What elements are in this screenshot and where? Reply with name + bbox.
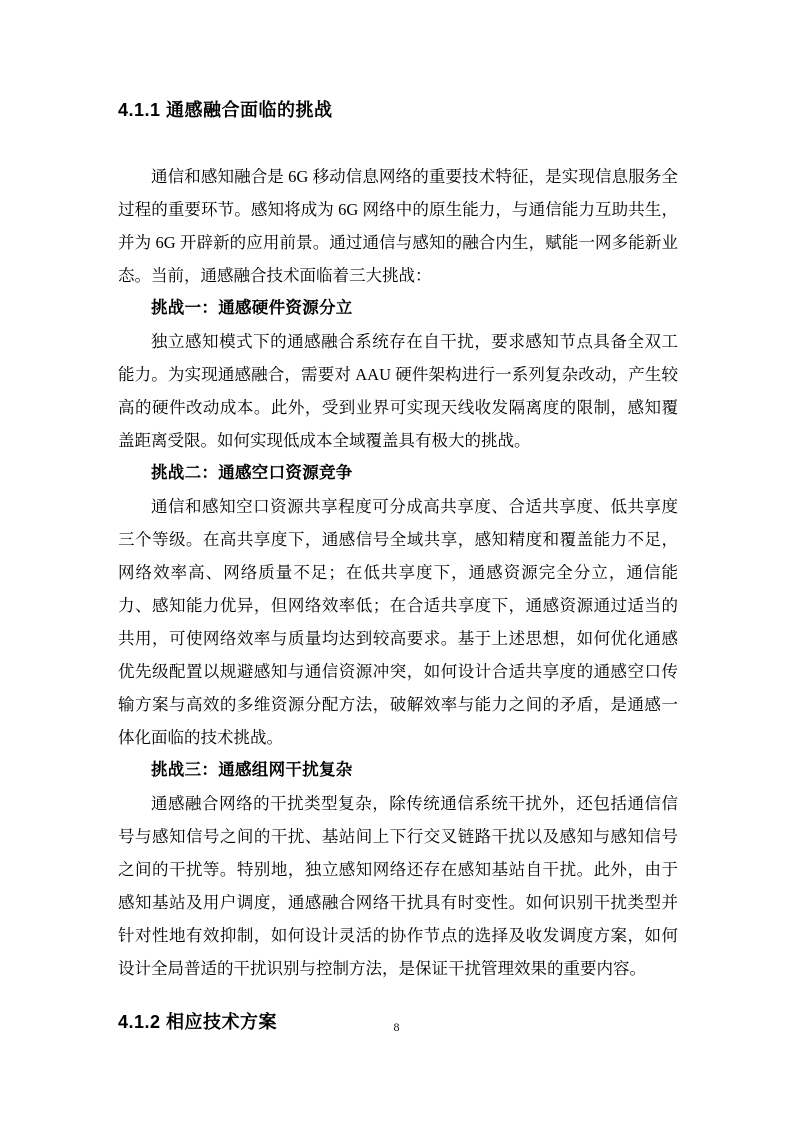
challenge-3-body: 通感融合网络的干扰类型复杂，除传统通信系统干扰外，还包括通信信号与感知信号之间的…	[118, 787, 678, 985]
section-heading-4-1-1: 4.1.1 通感融合面临的挑战	[118, 97, 678, 123]
intro-paragraph: 通信和感知融合是 6G 移动信息网络的重要技术特征，是实现信息服务全过程的重要环…	[118, 160, 678, 292]
page-number: 8	[0, 1018, 793, 1036]
challenge-2-title: 挑战二：通感空口资源竞争	[118, 457, 678, 490]
page-content: 4.1.1 通感融合面临的挑战 通信和感知融合是 6G 移动信息网络的重要技术特…	[118, 97, 678, 1035]
challenge-1-body: 独立感知模式下的通感融合系统存在自干扰，要求感知节点具备全双工能力。为实现通感融…	[118, 325, 678, 457]
document-page: 4.1.1 通感融合面临的挑战 通信和感知融合是 6G 移动信息网络的重要技术特…	[0, 0, 793, 1122]
challenge-2-body: 通信和感知空口资源共享程度可分成高共享度、合适共享度、低共享度三个等级。在高共享…	[118, 490, 678, 754]
challenge-3-title: 挑战三：通感组网干扰复杂	[118, 754, 678, 787]
challenge-1-title: 挑战一：通感硬件资源分立	[118, 292, 678, 325]
